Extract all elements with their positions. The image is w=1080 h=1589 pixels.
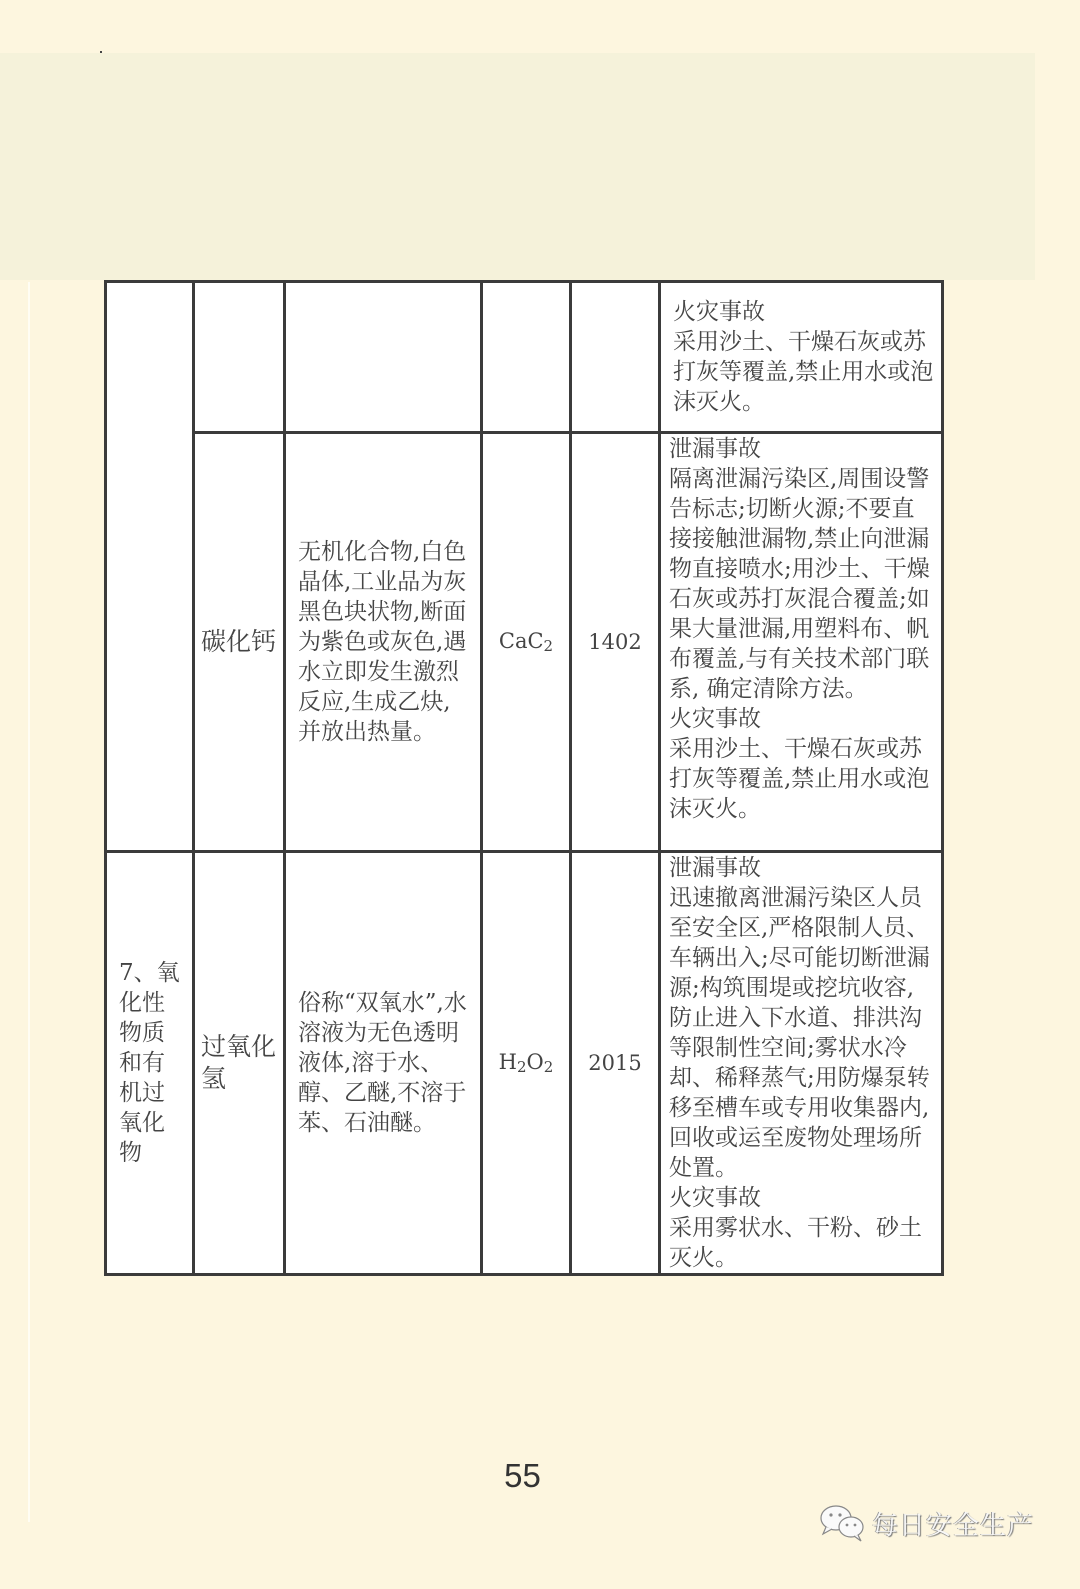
measure-heading-leak: 泄漏事故 bbox=[669, 853, 937, 883]
un-number-cell bbox=[571, 282, 660, 433]
hazard-table-container: 火灾事故 采用沙土、干燥石灰或苏打灰等覆盖,禁止用水或泡沫灭火。 碳化钙 无机化… bbox=[104, 280, 944, 1276]
measure-text-leak: 迅速撤离泄漏污染区人员至安全区,严格限制人员、车辆出入;尽可能切断泄漏源;构筑围… bbox=[669, 883, 937, 1183]
un-number: 2015 bbox=[588, 1051, 641, 1075]
page-number: 55 bbox=[0, 1457, 1045, 1495]
chemical-name-cell: 碳化钙 bbox=[194, 433, 285, 852]
table-row: 火灾事故 采用沙土、干燥石灰或苏打灰等覆盖,禁止用水或泡沫灭火。 bbox=[106, 282, 943, 433]
chemical-name: 过氧化氢 bbox=[201, 1032, 276, 1093]
un-number-cell: 1402 bbox=[571, 433, 660, 852]
description-cell: 无机化合物,白色晶体,工业品为灰黑色块状物,断面为紫色或灰色,遇水立即发生激烈反… bbox=[285, 433, 482, 852]
measure-heading-fire: 火灾事故 bbox=[669, 704, 937, 734]
emergency-measures-cell: 火灾事故 采用沙土、干燥石灰或苏打灰等覆盖,禁止用水或泡沫灭火。 bbox=[660, 282, 943, 433]
measure-heading-fire: 火灾事故 bbox=[673, 297, 937, 327]
description-cell: 俗称“双氧水”,水溶液为无色透明液体,溶于水、醇、乙醚,不溶于苯、石油醚。 bbox=[285, 852, 482, 1275]
un-number: 1402 bbox=[588, 630, 641, 654]
emergency-measures-cell: 泄漏事故 隔离泄漏污染区,周围设警告标志;切断火源;不要直接接触泄漏物,禁止向泄… bbox=[660, 433, 943, 852]
watermark-text: 每日安全生产 bbox=[872, 1505, 1034, 1542]
formula-text: CaC2 bbox=[499, 629, 553, 653]
formula-cell: CaC2 bbox=[482, 433, 571, 852]
measure-heading-fire: 火灾事故 bbox=[669, 1183, 937, 1213]
measure-text-leak: 隔离泄漏污染区,周围设警告标志;切断火源;不要直接接触泄漏物,禁止向泄漏物直接喷… bbox=[669, 464, 937, 704]
description-cell bbox=[285, 282, 482, 433]
page-margin-line bbox=[28, 282, 30, 1522]
watermark: 每日安全生产 bbox=[818, 1503, 1034, 1543]
formula-cell bbox=[482, 282, 571, 433]
table-row: 碳化钙 无机化合物,白色晶体,工业品为灰黑色块状物,断面为紫色或灰色,遇水立即发… bbox=[106, 433, 943, 852]
category-cell: 7、氧化性物质和有机过氧化物 bbox=[106, 852, 194, 1275]
formula-cell: H2O2 bbox=[482, 852, 571, 1275]
description-text: 俗称“双氧水”,水溶液为无色透明液体,溶于水、醇、乙醚,不溶于苯、石油醚。 bbox=[298, 990, 467, 1136]
wechat-icon bbox=[818, 1503, 870, 1543]
category-cell bbox=[106, 282, 194, 852]
measure-text-fire: 采用雾状水、干粉、砂土灭火。 bbox=[669, 1213, 937, 1273]
table-row: 7、氧化性物质和有机过氧化物 过氧化氢 俗称“双氧水”,水溶液为无色透明液体,溶… bbox=[106, 852, 943, 1275]
category-text: 7、氧化性物质和有机过氧化物 bbox=[119, 960, 180, 1166]
top-blank-band bbox=[0, 53, 1035, 280]
measure-text-fire: 采用沙土、干燥石灰或苏打灰等覆盖,禁止用水或泡沫灭火。 bbox=[673, 327, 937, 417]
emergency-measures-cell: 泄漏事故 迅速撤离泄漏污染区人员至安全区,严格限制人员、车辆出入;尽可能切断泄漏… bbox=[660, 852, 943, 1275]
hazardous-chemicals-table: 火灾事故 采用沙土、干燥石灰或苏打灰等覆盖,禁止用水或泡沫灭火。 碳化钙 无机化… bbox=[104, 280, 944, 1276]
measure-text-fire: 采用沙土、干燥石灰或苏打灰等覆盖,禁止用水或泡沫灭火。 bbox=[669, 734, 937, 824]
formula-text: H2O2 bbox=[499, 1050, 554, 1074]
measure-heading-leak: 泄漏事故 bbox=[669, 434, 937, 464]
chemical-name-cell: 过氧化氢 bbox=[194, 852, 285, 1275]
description-text: 无机化合物,白色晶体,工业品为灰黑色块状物,断面为紫色或灰色,遇水立即发生激烈反… bbox=[298, 539, 466, 745]
chemical-name-cell bbox=[194, 282, 285, 433]
chemical-name: 碳化钙 bbox=[201, 627, 276, 656]
print-speck bbox=[100, 51, 102, 53]
un-number-cell: 2015 bbox=[571, 852, 660, 1275]
